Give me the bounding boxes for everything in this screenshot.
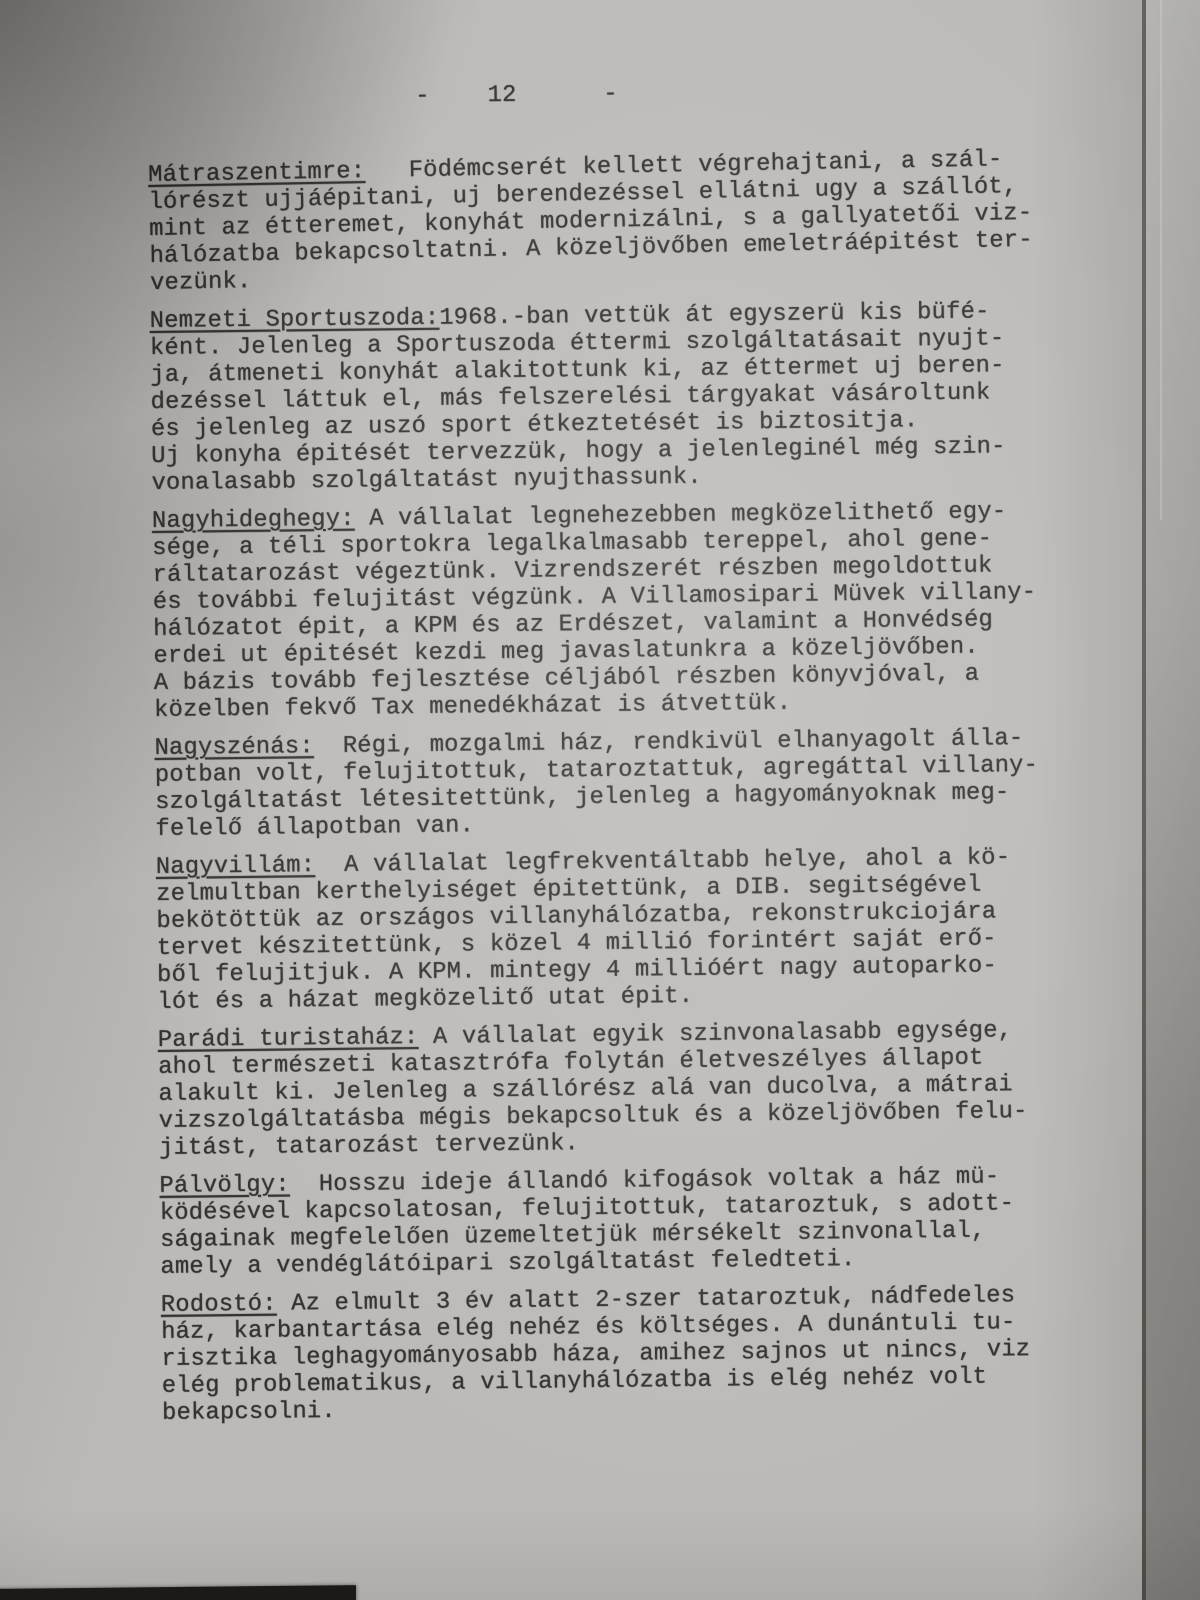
paragraph-heading: Mátraszentimre: xyxy=(148,158,366,189)
paragraph-palvolgy: Pálvölgy: Hosszu ideje állandó kifogások… xyxy=(159,1163,1070,1281)
paragraph-heading: Nagyszénás: xyxy=(154,733,314,762)
paragraph-heading: Nagyvillám: xyxy=(156,852,316,881)
paragraph-heading: Parádi turistaház: xyxy=(158,1024,419,1054)
paragraph-nagyszenas: Nagyszénás: Régi, mozgalmi ház, rendkivü… xyxy=(154,725,1065,843)
paragraph-heading: Nagyhideghegy: xyxy=(152,506,355,535)
page-fold-highlight xyxy=(1160,0,1162,520)
scan-shadow-bottom xyxy=(0,1585,356,1600)
paragraph-nagyvillam: Nagyvillám: A vállalat legfrekventáltabb… xyxy=(156,844,1068,1016)
paragraph-paradi-turistahaz: Parádi turistaház: A vállalat egyik szin… xyxy=(158,1017,1069,1162)
paragraph-nagyhideghegy: Nagyhideghegy: A vállalat legnehezebben … xyxy=(152,498,1064,724)
page-number: - 12 - xyxy=(147,76,1057,113)
typewritten-text: - 12 - Mátraszentimre: Födémcserét kelle… xyxy=(147,76,1072,1438)
paragraph-nemzeti-sportuszoda: Nemzeti Sportuszoda:1968.-ban vettük át … xyxy=(150,298,1062,497)
paragraph-heading: Rodostó: xyxy=(161,1291,277,1319)
paragraph-rodosto: Rodostó: Az elmult 3 év alatt 2-szer tat… xyxy=(161,1282,1072,1427)
adjacent-page-edge xyxy=(1146,0,1200,1600)
scanned-page: - 12 - Mátraszentimre: Födémcserét kelle… xyxy=(0,0,1200,1600)
paragraph-matraszentimre: Mátraszentimre: Födémcserét kellett végr… xyxy=(148,145,1060,297)
paragraph-body: Az elmult 3 év alatt 2-szer tataroztuk, … xyxy=(161,1282,1030,1427)
page-fold-line xyxy=(1142,0,1146,1600)
paragraph-heading: Pálvölgy: xyxy=(159,1171,290,1199)
paragraph-heading: Nemzeti Sportuszoda: xyxy=(150,305,440,335)
